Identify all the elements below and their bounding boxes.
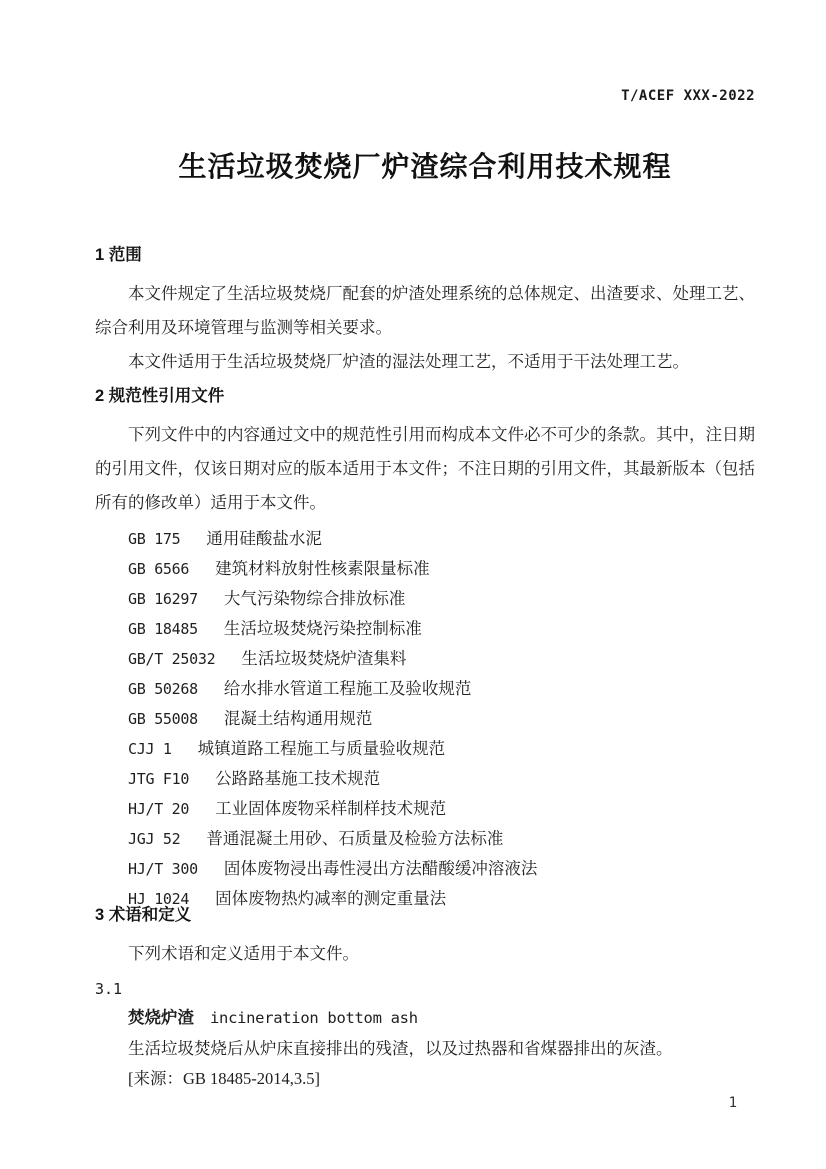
reference-item: GB 6566建筑材料放射性核素限量标准 — [128, 554, 755, 584]
term-line: 焚烧炉渣incineration bottom ash — [95, 1003, 755, 1034]
document-page: T/ACEF XXX-2022 生活垃圾焚烧厂炉渣综合利用技术规程 1 范围 本… — [0, 0, 826, 1169]
section-normative-references: 2 规范性引用文件 下列文件中的内容通过文中的规范性引用而构成本文件必不可少的条… — [95, 386, 755, 914]
reference-item: HJ/T 20工业固体废物采样制样技术规范 — [128, 794, 755, 824]
section-terms-definitions: 3 术语和定义 下列术语和定义适用于本文件。 3.1 焚烧炉渣incinerat… — [95, 905, 755, 1094]
reference-code: JTG F10 — [128, 770, 189, 788]
reference-code: GB 175 — [128, 530, 180, 548]
reference-code: HJ/T 300 — [128, 860, 198, 878]
reference-list: GB 175通用硅酸盐水泥 GB 6566建筑材料放射性核素限量标准 GB 16… — [95, 524, 755, 914]
reference-title: 工业固体废物采样制样技术规范 — [215, 799, 446, 818]
reference-title: 混凝土结构通用规范 — [224, 709, 373, 728]
reference-item: JTG F10公路路基施工技术规范 — [128, 764, 755, 794]
reference-title: 生活垃圾焚烧污染控制标准 — [224, 619, 422, 638]
section-references-heading: 2 规范性引用文件 — [95, 386, 755, 406]
reference-code: HJ/T 20 — [128, 800, 189, 818]
reference-title: 通用硅酸盐水泥 — [206, 529, 322, 548]
reference-item: GB 16297大气污染物综合排放标准 — [128, 584, 755, 614]
reference-title: 城镇道路工程施工与质量验收规范 — [198, 739, 446, 758]
reference-title: 建筑材料放射性核素限量标准 — [215, 559, 430, 578]
reference-item: HJ/T 300固体废物浸出毒性浸出方法醋酸缓冲溶液法 — [128, 854, 755, 884]
term-definition: 生活垃圾焚烧后从炉床直接排出的残渣，以及过热器和省煤器排出的灰渣。 — [95, 1034, 755, 1064]
reference-title: 固体废物浸出毒性浸出方法醋酸缓冲溶液法 — [224, 859, 538, 878]
page-number: 1 — [729, 1095, 737, 1111]
reference-code: GB 50268 — [128, 680, 198, 698]
reference-code: GB 18485 — [128, 620, 198, 638]
reference-title: 公路路基施工技术规范 — [215, 769, 380, 788]
term-number: 3.1 — [95, 975, 755, 1003]
reference-item: GB 175通用硅酸盐水泥 — [128, 524, 755, 554]
reference-item: GB 18485生活垃圾焚烧污染控制标准 — [128, 614, 755, 644]
terms-intro: 下列术语和定义适用于本文件。 — [95, 937, 755, 971]
section-scope: 1 范围 本文件规定了生活垃圾焚烧厂配套的炉渣处理系统的总体规定、出渣要求、处理… — [95, 245, 755, 379]
references-intro-paragraph: 下列文件中的内容通过文中的规范性引用而构成本文件必不可少的条款。其中，注日期的引… — [95, 418, 755, 520]
term-source: [来源：GB 18485-2014,3.5] — [95, 1064, 755, 1094]
section-terms-heading: 3 术语和定义 — [95, 905, 755, 925]
reference-code: GB/T 25032 — [128, 650, 215, 668]
reference-title: 大气污染物综合排放标准 — [224, 589, 406, 608]
reference-code: JGJ 52 — [128, 830, 180, 848]
reference-code: GB 16297 — [128, 590, 198, 608]
reference-item: GB/T 25032生活垃圾焚烧炉渣集料 — [128, 644, 755, 674]
reference-item: CJJ 1城镇道路工程施工与质量验收规范 — [128, 734, 755, 764]
section-scope-heading: 1 范围 — [95, 245, 755, 265]
reference-code: CJJ 1 — [128, 740, 172, 758]
scope-paragraph-2: 本文件适用于生活垃圾焚烧厂炉渣的湿法处理工艺，不适用于干法处理工艺。 — [95, 345, 755, 379]
standard-number: T/ACEF XXX-2022 — [95, 88, 755, 104]
term-name-en: incineration bottom ash — [210, 1009, 418, 1027]
reference-title: 普通混凝土用砂、石质量及检验方法标准 — [206, 829, 503, 848]
reference-title: 生活垃圾焚烧炉渣集料 — [241, 649, 406, 668]
reference-item: GB 55008混凝土结构通用规范 — [128, 704, 755, 734]
scope-paragraph-1: 本文件规定了生活垃圾焚烧厂配套的炉渣处理系统的总体规定、出渣要求、处理工艺、综合… — [95, 277, 755, 345]
reference-title: 给水排水管道工程施工及验收规范 — [224, 679, 472, 698]
reference-item: GB 50268给水排水管道工程施工及验收规范 — [128, 674, 755, 704]
reference-code: GB 55008 — [128, 710, 198, 728]
reference-item: JGJ 52普通混凝土用砂、石质量及检验方法标准 — [128, 824, 755, 854]
term-name-zh: 焚烧炉渣 — [128, 1009, 194, 1027]
reference-code: GB 6566 — [128, 560, 189, 578]
document-title: 生活垃圾焚烧厂炉渣综合利用技术规程 — [95, 145, 755, 185]
